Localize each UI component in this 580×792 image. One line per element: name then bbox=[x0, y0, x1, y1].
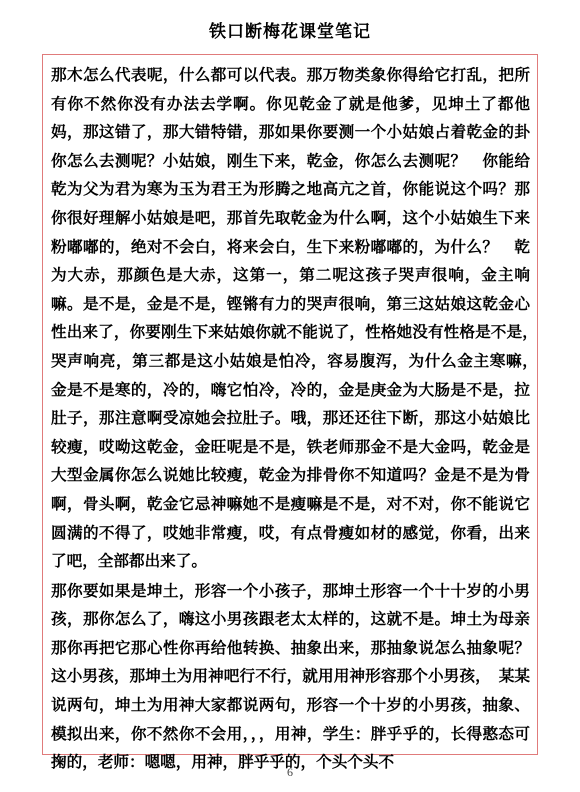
paragraph-kun-earth: 那你要如果是坤土，形容一个小孩子，那坤土形容一个十十岁的小男孩，那你怎么了，嗨这… bbox=[51, 577, 530, 777]
notes-content-box: 那木怎么代表呢，什么都可以代表。那万物类象你得给它打乱，把所有你不然你没有办法去… bbox=[42, 54, 538, 755]
page-number: 6 bbox=[0, 765, 580, 780]
paragraph-qian-metal: 那木怎么代表呢，什么都可以代表。那万物类象你得给它打乱，把所有你不然你没有办法去… bbox=[51, 61, 530, 576]
page-title: 铁口断梅花课堂笔记 bbox=[0, 22, 580, 42]
